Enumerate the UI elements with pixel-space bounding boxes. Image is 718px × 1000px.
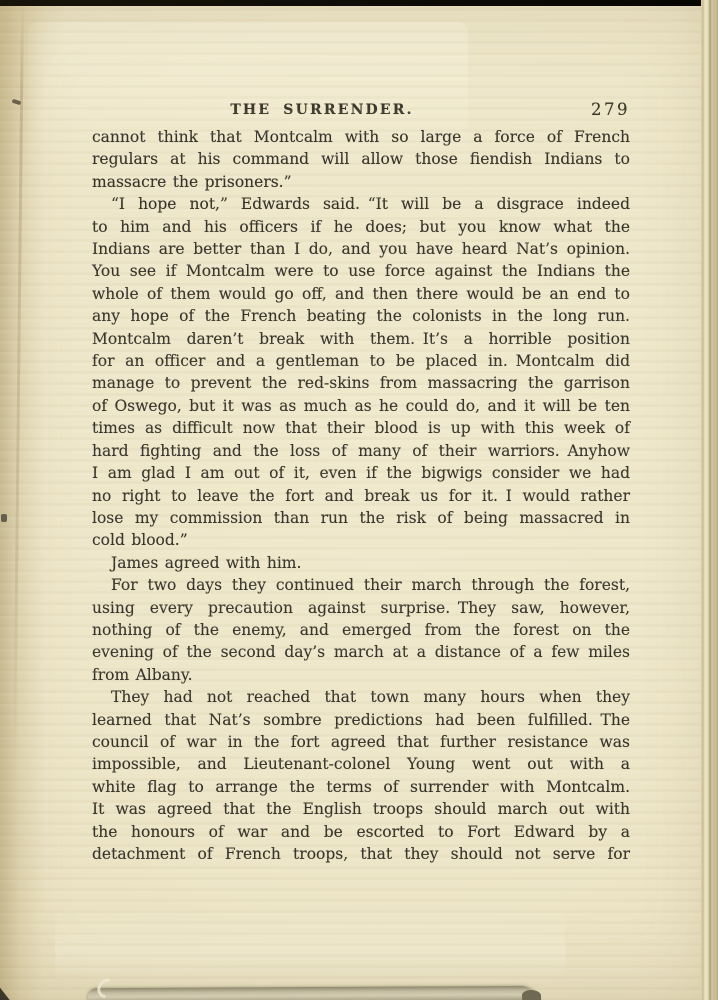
text-line: impossible, and Lieutenant-colonel Young… — [92, 753, 630, 775]
text-line: I am glad I am out of it, even if the bi… — [92, 462, 630, 484]
text-line: regulars at his command will allow those… — [92, 148, 630, 170]
text-line: massacre the prisoners.” — [92, 171, 630, 193]
page-number: 279 — [591, 100, 630, 119]
text-line: lose my commission than run the risk of … — [92, 507, 630, 529]
chapter-running-title: THE SURRENDER. — [92, 102, 552, 118]
bottom-page-curl — [88, 986, 536, 1000]
bottom-page-curl-end — [522, 990, 541, 1000]
text-line: for an officer and a gentleman to be pla… — [92, 350, 630, 372]
paper-crease-diagonal — [0, 0, 64, 250]
book-page-stack-right-edge — [701, 0, 718, 1000]
scan-light-band — [55, 907, 565, 982]
text-line: cold blood.” — [92, 529, 630, 551]
text-line: any hope of the French beating the colon… — [92, 305, 630, 327]
running-head: THE SURRENDER. 279 — [92, 100, 630, 122]
text-line: the honours of war and be escorted to Fo… — [92, 821, 630, 843]
text-line: They had not reached that town many hour… — [92, 686, 630, 708]
text-line: detachment of French troops, that they s… — [92, 843, 630, 865]
text-line: using every precaution against surprise.… — [92, 597, 630, 619]
text-line: council of war in the fort agreed that f… — [92, 731, 630, 753]
text-line: from Albany. — [92, 664, 630, 686]
text-line: James agreed with him. — [92, 552, 630, 574]
text-line: For two days they continued their march … — [92, 574, 630, 596]
text-line: white flag to arrange the terms of surre… — [92, 776, 630, 798]
text-line: You see if Montcalm were to use force ag… — [92, 260, 630, 282]
paper-speck — [1, 514, 7, 522]
text-line: no right to leave the fort and break us … — [92, 485, 630, 507]
text-line: cannot think that Montcalm with so large… — [92, 126, 630, 148]
text-line: “I hope not,” Edwards said. “It will be … — [92, 193, 630, 215]
text-line: Montcalm daren’t break with them. It’s a… — [92, 328, 630, 350]
text-line: nothing of the enemy, and emerged from t… — [92, 619, 630, 641]
page-text: cannot think that Montcalm with so large… — [92, 126, 630, 865]
text-line: times as difficult now that their blood … — [92, 417, 630, 439]
text-line: evening of the second day’s march at a d… — [92, 641, 630, 663]
text-line: whole of them would go off, and then the… — [92, 283, 630, 305]
text-line: learned that Nat’s sombre predictions ha… — [92, 709, 630, 731]
scan-top-black-edge — [0, 0, 718, 6]
text-line: manage to prevent the red-skins from mas… — [92, 372, 630, 394]
text-line: to him and his officers if he does; but … — [92, 216, 630, 238]
text-line: Indians are better than I do, and you ha… — [92, 238, 630, 260]
book-page-scan: THE SURRENDER. 279 cannot think that Mon… — [0, 0, 718, 1000]
text-line: It was agreed that the English troops sh… — [92, 798, 630, 820]
text-line: hard fighting and the loss of many of th… — [92, 440, 630, 462]
text-line: of Oswego, but it was as much as he coul… — [92, 395, 630, 417]
